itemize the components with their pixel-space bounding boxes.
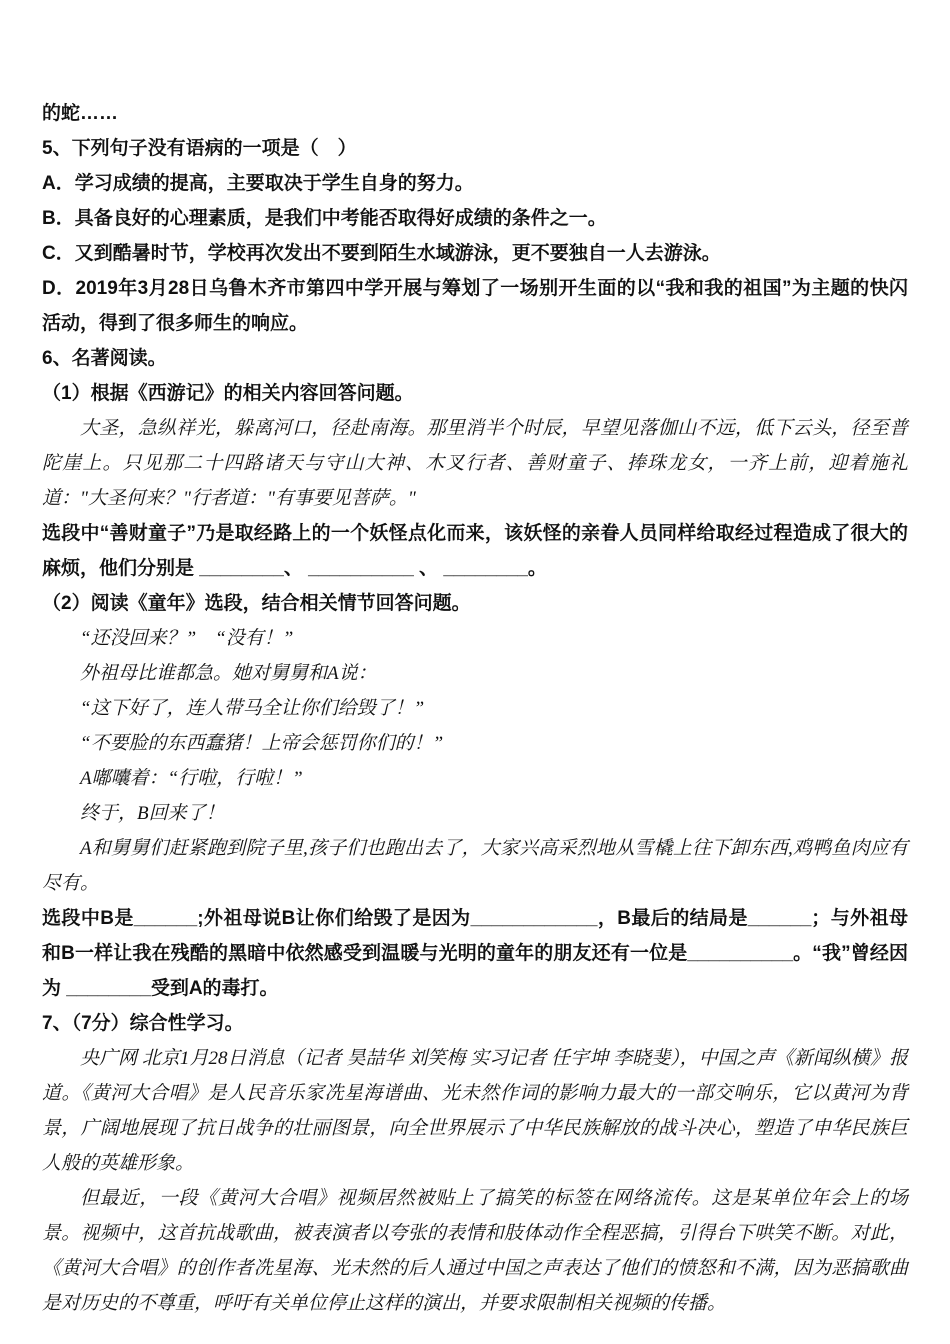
exam-page: 的蛇…… 5、下列句子没有语病的一项是（ ） A．学习成绩的提高，主要取决于学生… [0, 0, 950, 1344]
question-5-option-a: A．学习成绩的提高，主要取决于学生自身的努力。 [42, 166, 908, 201]
question-6-part1-prompt: （1）根据《西游记》的相关内容回答问题。 [42, 376, 908, 411]
question-5-option-d: D．2019年3月28日乌鲁木齐市第四中学开展与筹划了一场别开生面的以“我和我的… [42, 271, 908, 341]
childhood-excerpt-line-4: “不要脸的东西蠢猪！上帝会惩罚你们的！” [42, 726, 908, 761]
question-5-option-b: B．具备良好的心理素质，是我们中考能否取得好成绩的条件之一。 [42, 201, 908, 236]
question-5-stem: 5、下列句子没有语病的一项是（ ） [42, 131, 908, 166]
childhood-excerpt-line-2: 外祖母比谁都急。她对舅舅和A说： [42, 656, 908, 691]
childhood-excerpt-line-3: “这下好了，连人带马全让你们给毁了！” [42, 691, 908, 726]
question-5-option-c: C．又到酷暑时节，学校再次发出不要到陌生水域游泳，更不要独自一人去游泳。 [42, 236, 908, 271]
childhood-excerpt-line-7: A和舅舅们赶紧跑到院子里,孩子们也跑出去了，大家兴高采烈地从雪橇上往下卸东西,鸡… [42, 831, 908, 901]
question-6-part2-fill-blanks: 选段中B是______;外祖母说B让你们给毁了是因为____________，B… [42, 901, 908, 1006]
childhood-excerpt-line-5: A嘟囔着：“行啦，行啦！” [42, 761, 908, 796]
question-6-part1-fill-blanks: 选段中“善财童子”乃是取经路上的一个妖怪点化而来，该妖怪的亲眷人员同样给取经过程… [42, 516, 908, 586]
question-7-news-paragraph-1: 央广网 北京1月28日消息（记者 昊喆华 刘笑梅 实习记者 任宇坤 李晓斐），中… [42, 1041, 908, 1181]
continuation-text: 的蛇…… [42, 96, 908, 131]
journey-west-excerpt: 大圣，急纵祥光，躲离河口，径赴南海。那里消半个时辰，早望见落伽山不远，低下云头，… [42, 411, 908, 516]
question-6-stem: 6、名著阅读。 [42, 341, 908, 376]
question-7-news-paragraph-2: 但最近，一段《黄河大合唱》视频居然被贴上了搞笑的标签在网络流传。这是某单位年会上… [42, 1181, 908, 1321]
childhood-excerpt-line-1: “还没回来？” “没有！” [42, 621, 908, 656]
childhood-excerpt-line-6: 终于，B回来了！ [42, 796, 908, 831]
question-7-stem: 7、（7分）综合性学习。 [42, 1006, 908, 1041]
question-6-part2-prompt: （2）阅读《童年》选段，结合相关情节回答问题。 [42, 586, 908, 621]
